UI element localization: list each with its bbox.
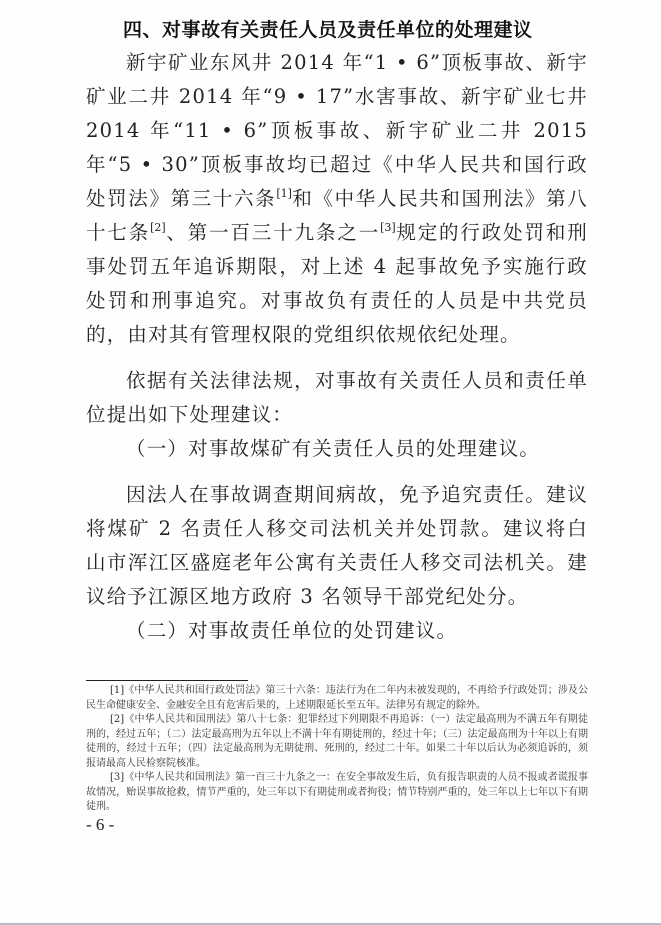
- paragraph-personnel-recommendations: 因法人在事故调查期间病故，免予追究责任。建议将煤矿 2 名责任人移交司法机关并处…: [86, 478, 588, 614]
- footnote-3: [3]《中华人民共和国刑法》第一百三十九条之一：在安全事故发生后，负有报告职责的…: [86, 771, 588, 815]
- paragraph-text: 、第一百三十九条之一: [166, 221, 380, 244]
- footnote-divider: [86, 680, 248, 681]
- footnote-ref-1[interactable]: [1]: [276, 187, 292, 200]
- document-page: 四、对事故有关责任人员及责任单位的处理建议 新宇矿业东风井 2014 年“1 •…: [0, 0, 661, 925]
- subheading-units: （二）对事故责任单位的处罚建议。: [126, 614, 588, 648]
- footnotes: [1]《中华人民共和国行政处罚法》第三十六条：违法行为在二年内未被发现的，不再给…: [86, 684, 588, 815]
- page-number: - 6 -: [86, 815, 114, 835]
- footnote-2: [2]《中华人民共和国刑法》第八十七条：犯罪经过下列期限不再追诉：（一）法定最高…: [86, 713, 588, 771]
- footnote-ref-3[interactable]: [3]: [380, 221, 396, 234]
- section-heading: 四、对事故有关责任人员及责任单位的处理建议: [123, 14, 588, 46]
- paragraph-statute-of-limitations: 新宇矿业东风井 2014 年“1 • 6”顶板事故、新宇矿业二井 2014 年“…: [86, 46, 588, 352]
- paragraph-intro-recommendations: 依据有关法律法规，对事故有关责任人员和责任单位提出如下处理建议：: [86, 364, 588, 432]
- footnote-1: [1]《中华人民共和国行政处罚法》第三十六条：违法行为在二年内未被发现的，不再给…: [86, 684, 588, 713]
- subheading-personnel: （一）对事故煤矿有关责任人员的处理建议。: [126, 432, 588, 466]
- body-content: 四、对事故有关责任人员及责任单位的处理建议 新宇矿业东风井 2014 年“1 •…: [86, 14, 588, 648]
- footnote-ref-2[interactable]: [2]: [150, 221, 166, 234]
